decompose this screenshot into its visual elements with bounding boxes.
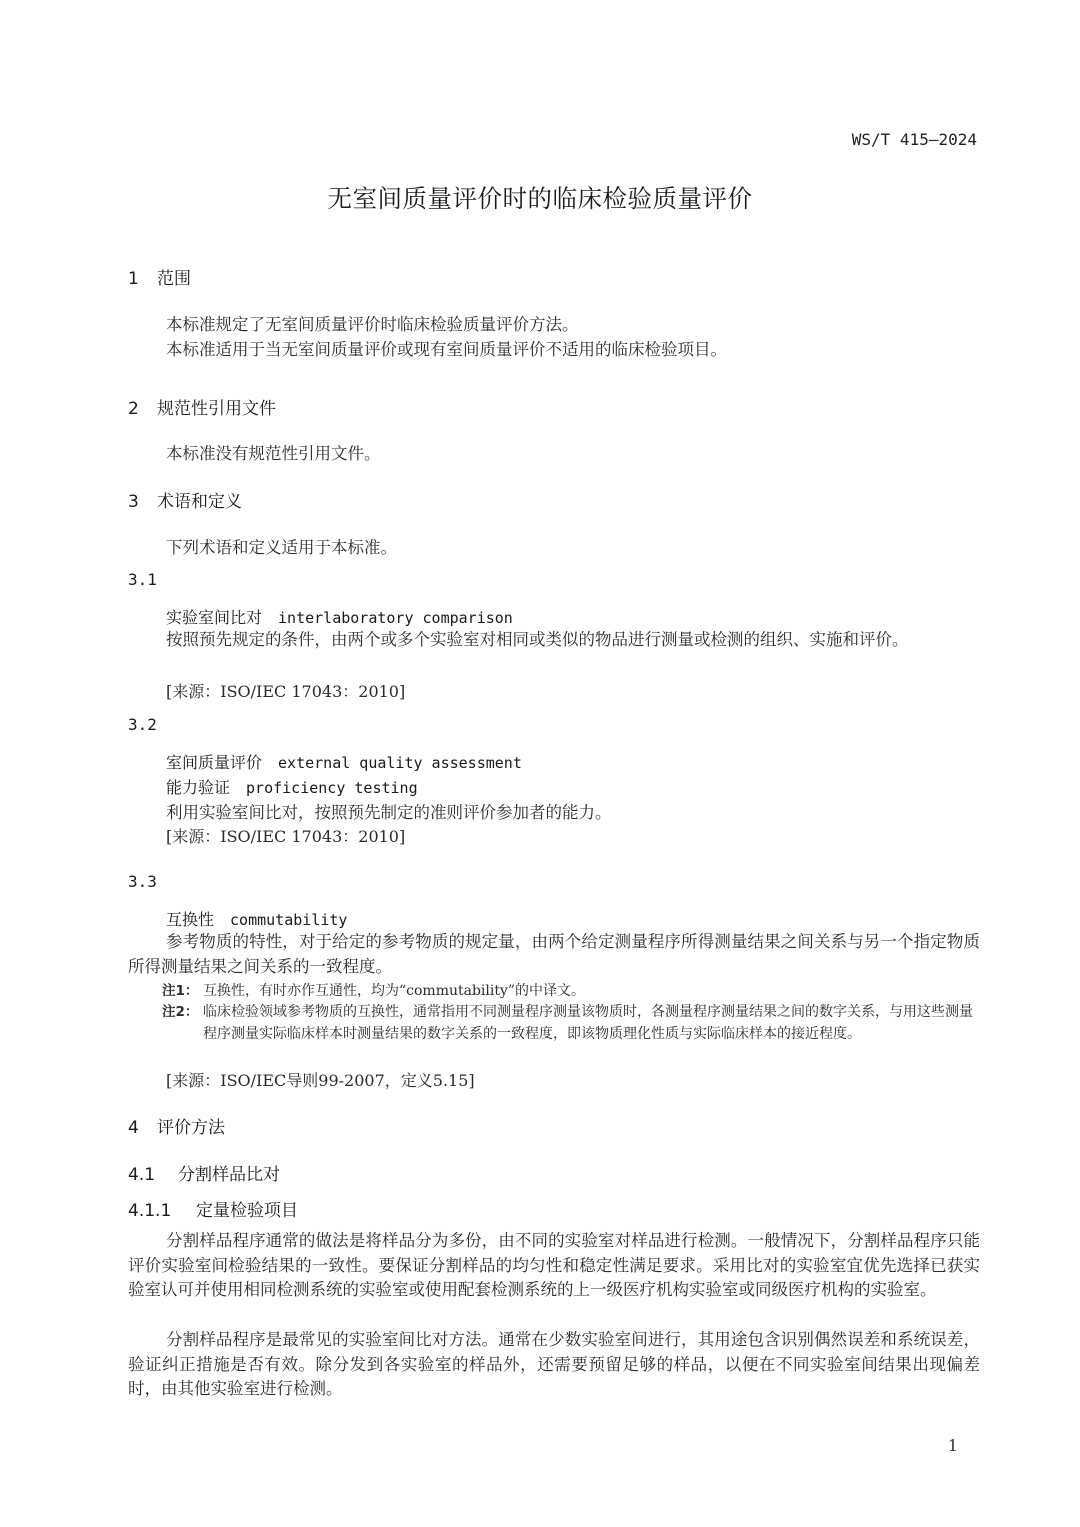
term-number-3-2: 3.2 <box>128 715 157 734</box>
paragraph-4-1-1-a: 分割样品程序通常的做法是将样品分为多份，由不同的实验室对样品进行检测。一般情况下… <box>128 1229 980 1303</box>
section-number: 1 <box>128 269 157 289</box>
term-cn: 能力验证 <box>166 778 230 797</box>
section-title: 术语和定义 <box>157 492 242 512</box>
note-label: 注2： <box>162 1002 198 1024</box>
term-3-1-heading: 实验室间比对interlaboratory comparison <box>166 605 513 628</box>
term-number-3-1: 3.1 <box>128 570 157 589</box>
section-heading-4-1: 4.1分割样品比对 <box>128 1160 280 1185</box>
term-3-2-source: [来源：ISO/IEC 17043：2010] <box>166 824 405 847</box>
note-text: 互换性，有时亦作互通性，均为“commutability”的中译文。 <box>203 980 980 1003</box>
section-title: 规范性引用文件 <box>157 399 276 419</box>
section-number: 4.1.1 <box>128 1201 196 1221</box>
term-3-2-alt-heading: 能力验证proficiency testing <box>166 775 418 798</box>
term-en: proficiency testing <box>246 779 418 797</box>
term-3-3-source: [来源：ISO/IEC导则99-2007，定义5.15] <box>166 1068 475 1091</box>
scope-line-1: 本标准规定了无室间质量评价时临床检验质量评价方法。 <box>166 311 579 335</box>
section-number: 4.1 <box>128 1165 178 1185</box>
term-en: commutability <box>230 911 347 929</box>
section-title: 范围 <box>157 269 191 289</box>
term-cn: 互换性 <box>166 910 214 929</box>
document-number: WS/T 415—2024 <box>852 130 977 149</box>
note-2: 注2： 临床检验领域参考物质的互换性，通常指用不同测量程序测量该物质时，各测量程… <box>162 1002 980 1045</box>
term-3-3-heading: 互换性commutability <box>166 907 347 930</box>
note-text: 临床检验领域参考物质的互换性，通常指用不同测量程序测量该物质时，各测量程序测量结… <box>203 1002 980 1045</box>
term-3-3-definition: 参考物质的特性，对于给定的参考物质的规定量，由两个给定测量程序所得测量结果之间关… <box>128 930 980 979</box>
section-heading-4: 4评价方法 <box>128 1113 225 1138</box>
paragraph-4-1-1-b: 分割样品程序是最常见的实验室间比对方法。通常在少数实验室间进行，其用途包含识别偶… <box>128 1328 980 1402</box>
term-3-1-source: [来源：ISO/IEC 17043：2010] <box>166 679 405 702</box>
note-1: 注1： 互换性，有时亦作互通性，均为“commutability”的中译文。 <box>162 980 980 1003</box>
term-cn: 实验室间比对 <box>166 608 262 627</box>
section-title: 分割样品比对 <box>178 1165 280 1185</box>
page-title: 无室间质量评价时的临床检验质量评价 <box>0 180 1080 215</box>
term-en: external quality assessment <box>278 754 522 772</box>
section-heading-2: 2规范性引用文件 <box>128 394 276 419</box>
term-3-1-definition: 按照预先规定的条件，由两个或多个实验室对相同或类似的物品进行测量或检测的组织、实… <box>166 628 980 653</box>
term-en: interlaboratory comparison <box>278 609 513 627</box>
term-3-2-definition: 利用实验室间比对，按照预先制定的准则评价参加者的能力。 <box>166 799 612 823</box>
term-number-3-3: 3.3 <box>128 872 157 891</box>
section-title: 定量检验项目 <box>196 1201 298 1221</box>
section-number: 4 <box>128 1118 157 1138</box>
note-label: 注1： <box>162 980 198 1003</box>
terms-intro: 下列术语和定义适用于本标准。 <box>166 534 397 558</box>
section-title: 评价方法 <box>157 1118 225 1138</box>
normative-references-text: 本标准没有规范性引用文件。 <box>166 440 381 464</box>
section-heading-3: 3术语和定义 <box>128 487 242 512</box>
section-heading-4-1-1: 4.1.1定量检验项目 <box>128 1196 298 1221</box>
scope-line-2: 本标准适用于当无室间质量评价或现有室间质量评价不适用的临床检验项目。 <box>166 336 727 360</box>
section-heading-1: 1范围 <box>128 264 191 289</box>
section-number: 3 <box>128 492 157 512</box>
term-3-2-heading: 室间质量评价external quality assessment <box>166 750 522 773</box>
term-cn: 室间质量评价 <box>166 753 262 772</box>
section-number: 2 <box>128 399 157 419</box>
page-number: 1 <box>948 1436 958 1455</box>
